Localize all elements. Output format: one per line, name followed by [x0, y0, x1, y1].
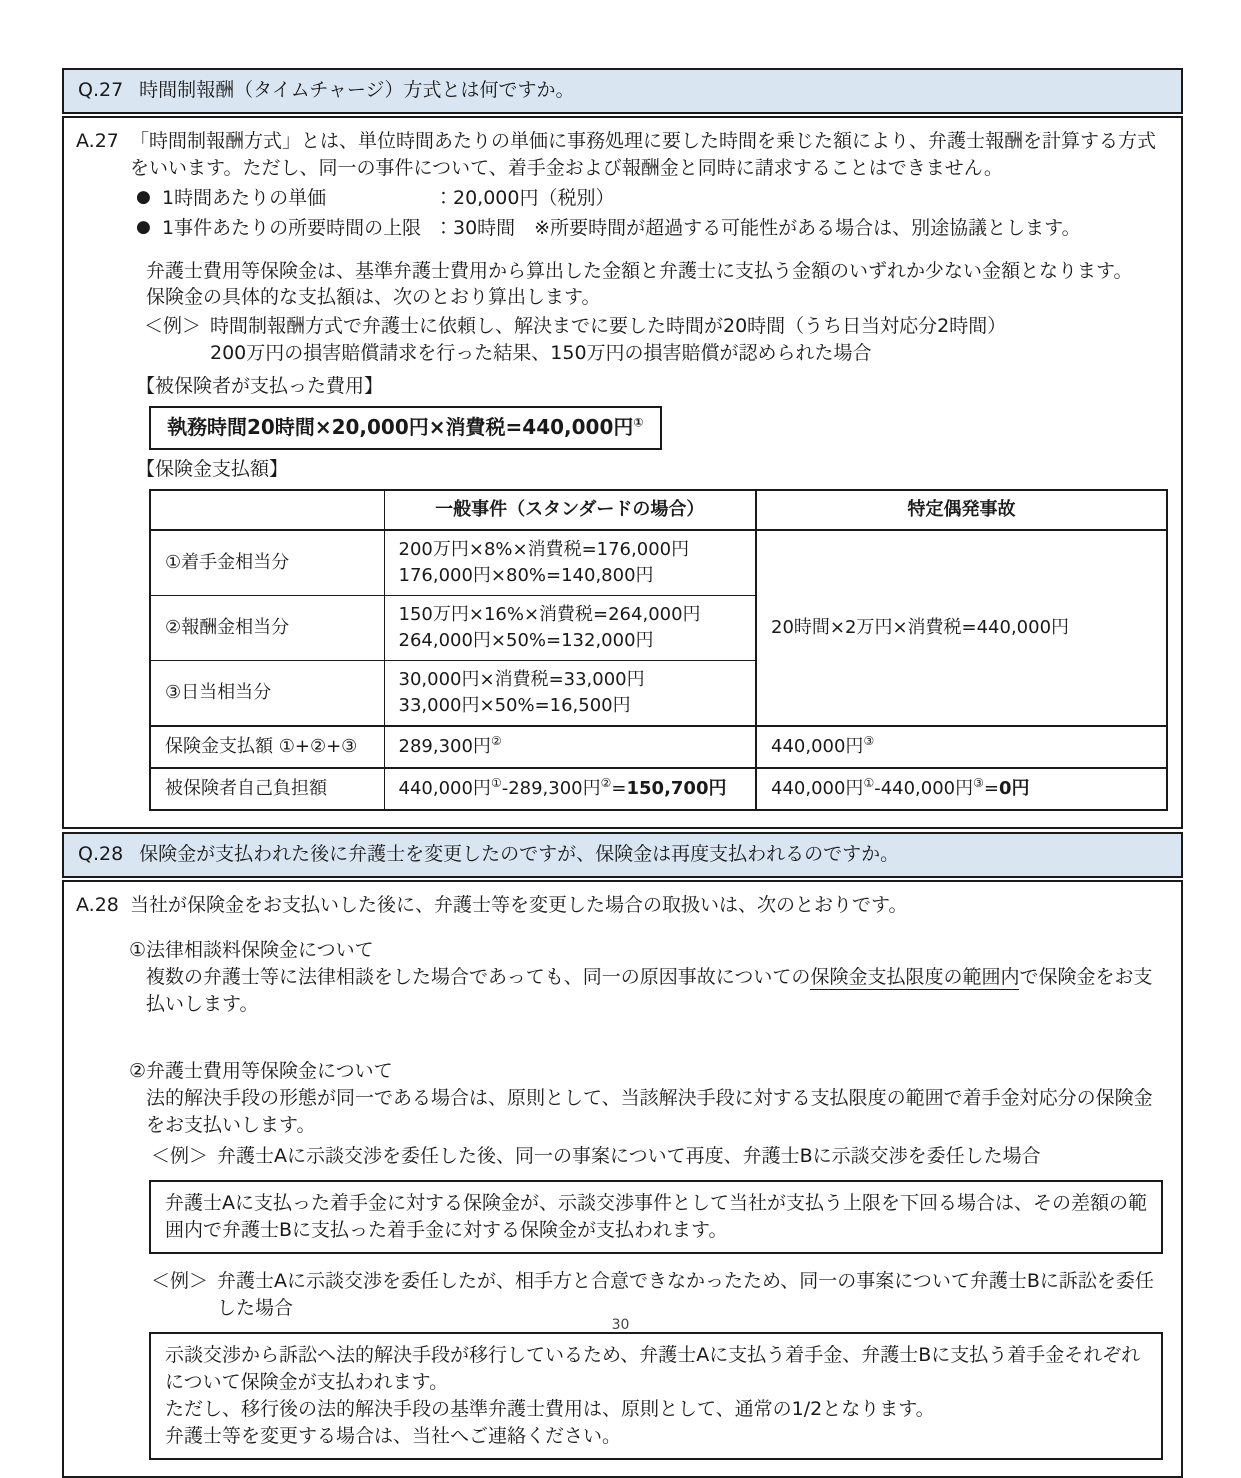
q28-result-box-2: 示談交渉から訴訟へ法的解決手段が移行しているため、弁護士Aに支払う着手金、弁護士… — [149, 1332, 1163, 1460]
row1-label: ①着手金相当分 — [150, 530, 384, 596]
q27-explanation-paragraph: 弁護士費用等保険金は、基準弁護士費用から算出した金額と弁護士に支払う金額のいずれ… — [146, 258, 1165, 312]
q28-item2-heading: ②弁護士費用等保険金について — [129, 1058, 1165, 1085]
selfpay-general-sup-a: ① — [491, 776, 502, 790]
table-row: ①着手金相当分 200万円×8%×消費税=176,000円 176,000円×8… — [150, 530, 1167, 596]
bullet1-value: ：20,000円（税別） — [434, 185, 1165, 212]
selfpay-general-a: 440,000円 — [399, 778, 491, 799]
selfpay-general-b: -289,300円 — [502, 778, 601, 799]
selfpay-special-a: 440,000円 — [771, 778, 863, 799]
selfpay-special-b: -440,000円 — [874, 778, 973, 799]
row2-label: ②報酬金相当分 — [150, 596, 384, 661]
selfpay-special-calc: 440,000円①-440,000円③=0円 — [756, 768, 1167, 810]
q28-answer-intro-line: A.28 当社が保険金をお支払いした後に、弁護士等を変更した場合の取扱いは、次の… — [76, 892, 1165, 919]
q27-answer-id: A.27 — [76, 128, 130, 182]
header-general-case: 一般事件（スタンダードの場合） — [384, 490, 756, 530]
row2-calc-line2: 264,000円×50%=132,000円 — [399, 628, 742, 654]
q28-box2-line1: 示談交渉から訴訟へ法的解決手段が移行しているため、弁護士Aに支払う着手金、弁護士… — [165, 1342, 1147, 1396]
q27-para-line2: 保険金の具体的な支払額は、次のとおり算出します。 — [146, 284, 1165, 311]
self-payment-row: 被保険者自己負担額 440,000円①-289,300円②=150,700円 4… — [150, 768, 1167, 810]
page-number: 30 — [0, 1317, 1241, 1333]
selfpay-general-calc: 440,000円①-289,300円②=150,700円 — [384, 768, 756, 810]
q28-result-box-1: 弁護士Aに支払った着手金に対する保険金が、示談交渉事件として当社が支払う上限を下… — [149, 1180, 1163, 1254]
q28-item1-paragraph: 複数の弁護士等に法律相談をした場合であっても、同一の原因事故についての保険金支払… — [146, 964, 1165, 1018]
row3-calc-line1: 30,000円×消費税=33,000円 — [399, 667, 742, 693]
q28-question: 保険金が支払われた後に弁護士を変更したのですが、保険金は再度支払われるのですか。 — [139, 842, 1167, 868]
total-special-footnote: ③ — [863, 734, 874, 748]
row1-calc-line2: 176,000円×80%=140,800円 — [399, 563, 742, 589]
total-special-value: 440,000円③ — [756, 726, 1167, 768]
q28-answer-intro: 当社が保険金をお支払いした後に、弁護士等を変更した場合の取扱いは、次のとおりです… — [130, 892, 1165, 919]
q27-example: ＜例＞ 時間制報酬方式で弁護士に依頼し、解決までに要した時間が20時間（うち日当… — [144, 313, 1165, 367]
selfpay-special-result: 0円 — [999, 778, 1030, 799]
row1-calc-line1: 200万円×8%×消費税=176,000円 — [399, 537, 742, 563]
row2-calc-line1: 150万円×16%×消費税=264,000円 — [399, 602, 742, 628]
example-label: ＜例＞ — [151, 1143, 217, 1170]
q28-example2-text: 弁護士Aに示談交渉を委任したが、相手方と合意できなかったため、同一の事案について… — [217, 1268, 1165, 1322]
q27-answer-box: A.27 「時間制報酬方式」とは、単位時間あたりの単価に事務処理に要した時間を乗… — [62, 116, 1183, 830]
q27-bullet-unit-price: ● 1時間あたりの単価 ：20,000円（税別） — [136, 185, 1165, 212]
total-general-value: 289,300円② — [384, 726, 756, 768]
payment-amount-heading: 【保険金支払額】 — [136, 456, 1165, 483]
insurance-payment-table: 一般事件（スタンダードの場合） 特定偶発事故 ①着手金相当分 200万円×8%×… — [149, 489, 1168, 812]
q27-header: Q.27 時間制報酬（タイムチャージ）方式とは何ですか。 — [62, 68, 1183, 114]
selfpay-row-label: 被保険者自己負担額 — [150, 768, 384, 810]
q28-answer-box: A.28 当社が保険金をお支払いした後に、弁護士等を変更した場合の取扱いは、次の… — [62, 880, 1183, 1478]
q28-example1-text: 弁護士Aに示談交渉を委任した後、同一の事案について再度、弁護士Bに示談交渉を委任… — [217, 1143, 1165, 1170]
q27-para-line1: 弁護士費用等保険金は、基準弁護士費用から算出した金額と弁護士に支払う金額のいずれ… — [146, 258, 1165, 285]
selfpay-general-result: 150,700円 — [627, 778, 727, 799]
q28-item2-paragraph: 法的解決手段の形態が同一である場合は、原則として、当該解決手段に対する支払限度の… — [146, 1085, 1165, 1139]
q27-id: Q.27 — [78, 78, 123, 104]
bullet1-label: 1時間あたりの単価 — [162, 185, 434, 212]
total-row-label: 保険金支払額 ①+②+③ — [150, 726, 384, 768]
q28-answer-id: A.28 — [76, 892, 130, 919]
q28-example2: ＜例＞ 弁護士Aに示談交渉を委任したが、相手方と合意できなかったため、同一の事案… — [151, 1268, 1165, 1322]
q27-example-line2: 200万円の損害賠償請求を行った結果、150万円の損害賠償が認められた場合 — [210, 340, 1165, 367]
selfpay-general-sup-b: ② — [601, 776, 612, 790]
formula-text: 執務時間20時間×20,000円×消費税=440,000円 — [167, 415, 633, 439]
example-body: 時間制報酬方式で弁護士に依頼し、解決までに要した時間が20時間（うち日当対応分2… — [210, 313, 1165, 367]
row1-general-calc: 200万円×8%×消費税=176,000円 176,000円×80%=140,8… — [384, 530, 756, 596]
bullet2-label: 1事件あたりの所要時間の上限 — [162, 215, 434, 242]
bullet2-value: ：30時間 ※所要時間が超過する可能性がある場合は、別途協議とします。 — [434, 215, 1165, 242]
example-label: ＜例＞ — [151, 1268, 217, 1322]
formula-footnote-mark: ① — [633, 416, 643, 430]
bullet-icon: ● — [136, 185, 162, 212]
total-special-amount: 440,000円 — [771, 736, 863, 757]
row3-calc-line2: 33,000円×50%=16,500円 — [399, 693, 742, 719]
q28-item1-underlined: 保険金支払限度の範囲内 — [810, 966, 1019, 990]
special-accident-calc-cell: 20時間×2万円×消費税=440,000円 — [756, 530, 1167, 727]
faq-page: Q.27 時間制報酬（タイムチャージ）方式とは何ですか。 A.27 「時間制報酬… — [62, 68, 1183, 1478]
row3-general-calc: 30,000円×消費税=33,000円 33,000円×50%=16,500円 — [384, 661, 756, 727]
q28-example1: ＜例＞ 弁護士Aに示談交渉を委任した後、同一の事案について再度、弁護士Bに示談交… — [151, 1143, 1165, 1170]
total-general-amount: 289,300円 — [399, 736, 491, 757]
q27-question: 時間制報酬（タイムチャージ）方式とは何ですか。 — [139, 78, 1167, 104]
q28-item1-heading: ①法律相談料保険金について — [129, 937, 1165, 964]
header-special-accident: 特定偶発事故 — [756, 490, 1167, 530]
q28-box2-line2: ただし、移行後の法的解決手段の基準弁護士費用は、原則として、通常の1/2となりま… — [165, 1396, 1147, 1423]
example-label: ＜例＞ — [144, 313, 210, 367]
table-header-row: 一般事件（スタンダードの場合） 特定偶発事故 — [150, 490, 1167, 530]
total-payment-row: 保険金支払額 ①+②+③ 289,300円② 440,000円③ — [150, 726, 1167, 768]
row2-general-calc: 150万円×16%×消費税=264,000円 264,000円×50%=132,… — [384, 596, 756, 661]
q28-id: Q.28 — [78, 842, 123, 868]
q28-header: Q.28 保険金が支払われた後に弁護士を変更したのですが、保険金は再度支払われる… — [62, 832, 1183, 878]
q27-answer-intro-line: A.27 「時間制報酬方式」とは、単位時間あたりの単価に事務処理に要した時間を乗… — [76, 128, 1165, 182]
q27-answer-intro: 「時間制報酬方式」とは、単位時間あたりの単価に事務処理に要した時間を乗じた額によ… — [130, 128, 1165, 182]
selfpay-special-eq: = — [984, 778, 999, 799]
q27-example-line1: 時間制報酬方式で弁護士に依頼し、解決までに要した時間が20時間（うち日当対応分2… — [210, 313, 1165, 340]
paid-cost-heading: 【被保険者が支払った費用】 — [136, 373, 1165, 400]
selfpay-general-eq: = — [611, 778, 626, 799]
total-general-footnote: ② — [491, 734, 502, 748]
selfpay-special-sup-b: ③ — [973, 776, 984, 790]
q28-item1-pre: 複数の弁護士等に法律相談をした場合であっても、同一の原因事故についての — [146, 966, 810, 988]
row3-label: ③日当相当分 — [150, 661, 384, 727]
header-blank-cell — [150, 490, 384, 530]
bullet-icon: ● — [136, 215, 162, 242]
selfpay-special-sup-a: ① — [863, 776, 874, 790]
q28-box2-line3: 弁護士等を変更する場合は、当社へご連絡ください。 — [165, 1423, 1147, 1450]
paid-cost-formula-box: 執務時間20時間×20,000円×消費税=440,000円① — [149, 406, 662, 449]
q27-bullet-time-limit: ● 1事件あたりの所要時間の上限 ：30時間 ※所要時間が超過する可能性がある場… — [136, 215, 1165, 242]
